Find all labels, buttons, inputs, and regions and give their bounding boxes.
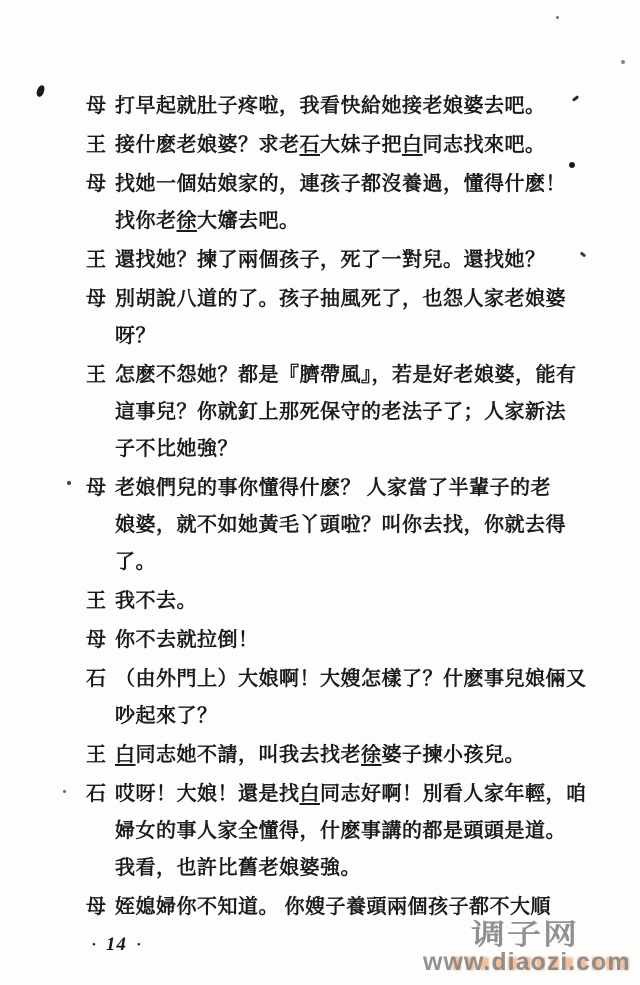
speech-segment: 同志她不請，叫我去找老 bbox=[136, 744, 362, 766]
speech-segment: 找她一個姑娘家的，連孩子都沒養過，懂得什麽！ bbox=[115, 173, 566, 195]
speech-text: 找她一個姑娘家的，連孩子都沒養過，懂得什麽！找你老徐大嬸去吧。 bbox=[115, 166, 626, 240]
scan-speck bbox=[36, 84, 46, 97]
speech-line: 娘婆，就不如她黃毛丫頭啦？叫你去找，你就去得 bbox=[115, 507, 626, 544]
speech-segment: 接什麽老娘婆？求老 bbox=[115, 134, 300, 156]
speech-text: 老娘們兒的事你懂得什麽？ 人家當了半輩子的老娘婆，就不如她黃毛丫頭啦？叫你去找，… bbox=[115, 470, 626, 581]
speech-segment: 老娘們兒的事你懂得什麽？ 人家當了半輩子的老 bbox=[115, 477, 551, 499]
speech-text: 打早起就肚子疼啦，我看快給她接老娘婆去吧。 bbox=[115, 88, 626, 125]
speaker-label: 母 bbox=[86, 470, 115, 581]
speaker-label: 母 bbox=[86, 889, 115, 926]
speech-text: 怎麽不怨她？都是『臍帶風』，若是好老娘婆，能有這事兒？你就釘上那死保守的老法子了… bbox=[115, 357, 626, 468]
speech-text: 別胡說八道的了。孩子抽風死了，也怨人家老娘婆呀？ bbox=[115, 281, 626, 355]
dialogue-entry: 王 白同志她不請，叫我去找老徐婆子揀小孩兒。 bbox=[86, 737, 626, 774]
speech-line: 找她一個姑娘家的，連孩子都沒養過，懂得什麽！ bbox=[115, 166, 626, 203]
speech-segment: 大嬸去吧。 bbox=[197, 210, 300, 232]
speech-segment: 大妹子把 bbox=[320, 134, 402, 156]
proper-name-underlined: 徐 bbox=[361, 744, 382, 766]
speech-line: 接什麽老娘婆？求老石大妹子把白同志找來吧。 bbox=[115, 127, 626, 164]
speech-text: 白同志她不請，叫我去找老徐婆子揀小孩兒。 bbox=[115, 737, 626, 774]
speech-segment: 怎麽不怨她？都是『臍帶風』，若是好老娘婆，能有 bbox=[115, 364, 577, 386]
dialogue-entry: 石 （由外門上）大娘啊！大嫂怎樣了？什麽事兒娘倆又吵起來了？ bbox=[86, 661, 626, 735]
dialogue-entry: 王 還找她？揀了兩個孩子，死了一對兒。還找她？ bbox=[86, 242, 626, 279]
speech-segment: 別胡說八道的了。孩子抽風死了，也怨人家老娘婆 bbox=[115, 288, 566, 310]
dialogue-entry: 王 怎麽不怨她？都是『臍帶風』，若是好老娘婆，能有這事兒？你就釘上那死保守的老法… bbox=[86, 357, 626, 468]
proper-name-underlined: 白 bbox=[402, 134, 423, 156]
speaker-label: 王 bbox=[86, 583, 115, 620]
watermark-site-name: 调子网 bbox=[471, 911, 579, 952]
speech-line: 找你老徐大嬸去吧。 bbox=[115, 203, 626, 240]
scanned-book-page: 母 打早起就肚子疼啦，我看快給她接老娘婆去吧。 王 接什麽老娘婆？求老石大妹子把… bbox=[0, 0, 640, 985]
page-number-dot-left: • bbox=[92, 932, 96, 958]
speech-line: 怎麽不怨她？都是『臍帶風』，若是好老娘婆，能有 bbox=[115, 357, 626, 394]
scan-speck bbox=[621, 60, 625, 64]
dialogue-entry: 王 我不去。 bbox=[86, 583, 626, 620]
speaker-label: 石 bbox=[86, 776, 115, 887]
dialogue-entry: 母 別胡說八道的了。孩子抽風死了，也怨人家老娘婆呀？ bbox=[86, 281, 626, 355]
speaker-label: 母 bbox=[86, 166, 115, 240]
speech-segment: 還找她？揀了兩個孩子，死了一對兒。還找她？ bbox=[115, 249, 546, 271]
speech-line: （由外門上）大娘啊！大嫂怎樣了？什麽事兒娘倆又 bbox=[115, 661, 626, 698]
speech-line: 吵起來了？ bbox=[115, 698, 626, 735]
speaker-label: 石 bbox=[86, 661, 115, 735]
speech-segment: 呀？ bbox=[115, 325, 156, 347]
speech-line: 你不去就拉倒！ bbox=[115, 622, 626, 659]
speech-segment: 娘婆，就不如她黃毛丫頭啦？叫你去找，你就去得 bbox=[115, 514, 566, 536]
speech-segment: 我不去。 bbox=[115, 590, 197, 612]
speech-segment: 婆子揀小孩兒。 bbox=[382, 744, 526, 766]
speech-segment: 同志好啊！別看人家年輕，咱 bbox=[320, 783, 587, 805]
watermark-site-url: www.diaozi.com bbox=[423, 948, 631, 977]
dialogue-entry: 石 哎呀！大娘！還是找白同志好啊！別看人家年輕，咱婦女的事人家全懂得，什麽事講的… bbox=[86, 776, 626, 887]
speech-line: 婦女的事人家全懂得，什麽事講的都是頭頭是道。 bbox=[115, 813, 626, 850]
speaker-label: 王 bbox=[86, 357, 115, 468]
dialogue-entry: 母 老娘們兒的事你懂得什麽？ 人家當了半輩子的老娘婆，就不如她黃毛丫頭啦？叫你去… bbox=[86, 470, 626, 581]
speech-text: 我不去。 bbox=[115, 583, 626, 620]
proper-name-underlined: 白 bbox=[300, 783, 321, 805]
speech-text: 哎呀！大娘！還是找白同志好啊！別看人家年輕，咱婦女的事人家全懂得，什麽事講的都是… bbox=[115, 776, 626, 887]
speech-segment: 了。 bbox=[115, 551, 156, 573]
speech-line: 哎呀！大娘！還是找白同志好啊！別看人家年輕，咱 bbox=[115, 776, 626, 813]
speaker-label: 母 bbox=[86, 281, 115, 355]
speech-line: 還找她？揀了兩個孩子，死了一對兒。還找她？ bbox=[115, 242, 626, 279]
speech-line: 這事兒？你就釘上那死保守的老法子了；人家新法 bbox=[115, 394, 626, 431]
speech-segment: 哎呀！大娘！還是找 bbox=[115, 783, 300, 805]
speech-line: 打早起就肚子疼啦，我看快給她接老娘婆去吧。 bbox=[115, 88, 626, 125]
speech-line: 我看，也許比舊老娘婆強。 bbox=[115, 850, 626, 887]
speech-segment: 找你老 bbox=[115, 210, 177, 232]
speech-segment: 吵起來了？ bbox=[115, 705, 218, 727]
dialogue-entry: 王 接什麽老娘婆？求老石大妹子把白同志找來吧。 bbox=[86, 127, 626, 164]
speaker-label: 母 bbox=[86, 622, 115, 659]
proper-name-underlined: 石 bbox=[300, 134, 321, 156]
page-number: • 14 • bbox=[92, 932, 141, 958]
speaker-label: 王 bbox=[86, 242, 115, 279]
speech-text: （由外門上）大娘啊！大嫂怎樣了？什麽事兒娘倆又吵起來了？ bbox=[115, 661, 626, 735]
scan-speck bbox=[67, 481, 71, 485]
speech-line: 別胡說八道的了。孩子抽風死了，也怨人家老娘婆 bbox=[115, 281, 626, 318]
speech-line: 呀？ bbox=[115, 318, 626, 355]
speech-line: 白同志她不請，叫我去找老徐婆子揀小孩兒。 bbox=[115, 737, 626, 774]
speech-text: 還找她？揀了兩個孩子，死了一對兒。還找她？ bbox=[115, 242, 626, 279]
speech-text: 你不去就拉倒！ bbox=[115, 622, 626, 659]
scan-speck bbox=[556, 16, 559, 19]
proper-name-underlined: 白 bbox=[115, 744, 136, 766]
speech-segment: 你不去就拉倒！ bbox=[115, 629, 259, 651]
speech-segment: 同志找來吧。 bbox=[423, 134, 546, 156]
speech-segment: 我看，也許比舊老娘婆強。 bbox=[115, 857, 361, 879]
dialogue-entry: 母 你不去就拉倒！ bbox=[86, 622, 626, 659]
speech-line: 我不去。 bbox=[115, 583, 626, 620]
page-number-value: 14 bbox=[106, 934, 127, 956]
speaker-label: 王 bbox=[86, 127, 115, 164]
speech-segment: 婦女的事人家全懂得，什麽事講的都是頭頭是道。 bbox=[115, 820, 566, 842]
speech-segment: 打早起就肚子疼啦，我看快給她接老娘婆去吧。 bbox=[115, 95, 546, 117]
speech-segment: （由外門上）大娘啊！大嫂怎樣了？什麽事兒娘倆又 bbox=[115, 668, 587, 690]
speech-line: 了。 bbox=[115, 544, 626, 581]
speech-line: 老娘們兒的事你懂得什麽？ 人家當了半輩子的老 bbox=[115, 470, 626, 507]
dialogue-entry: 母 打早起就肚子疼啦，我看快給她接老娘婆去吧。 bbox=[86, 88, 626, 125]
speaker-label: 王 bbox=[86, 737, 115, 774]
speaker-label: 母 bbox=[86, 88, 115, 125]
page-number-dot-right: • bbox=[137, 932, 141, 958]
speech-segment: 這事兒？你就釘上那死保守的老法子了；人家新法 bbox=[115, 401, 566, 423]
dialogue-entry: 母 找她一個姑娘家的，連孩子都沒養過，懂得什麽！找你老徐大嬸去吧。 bbox=[86, 166, 626, 240]
scan-speck bbox=[63, 790, 66, 793]
proper-name-underlined: 徐 bbox=[177, 210, 198, 232]
speech-text: 接什麽老娘婆？求老石大妹子把白同志找來吧。 bbox=[115, 127, 626, 164]
speech-segment: 子不比她強？ bbox=[115, 438, 238, 460]
speech-line: 子不比她強？ bbox=[115, 431, 626, 468]
dialogue-list: 母 打早起就肚子疼啦，我看快給她接老娘婆去吧。 王 接什麽老娘婆？求老石大妹子把… bbox=[86, 88, 626, 928]
